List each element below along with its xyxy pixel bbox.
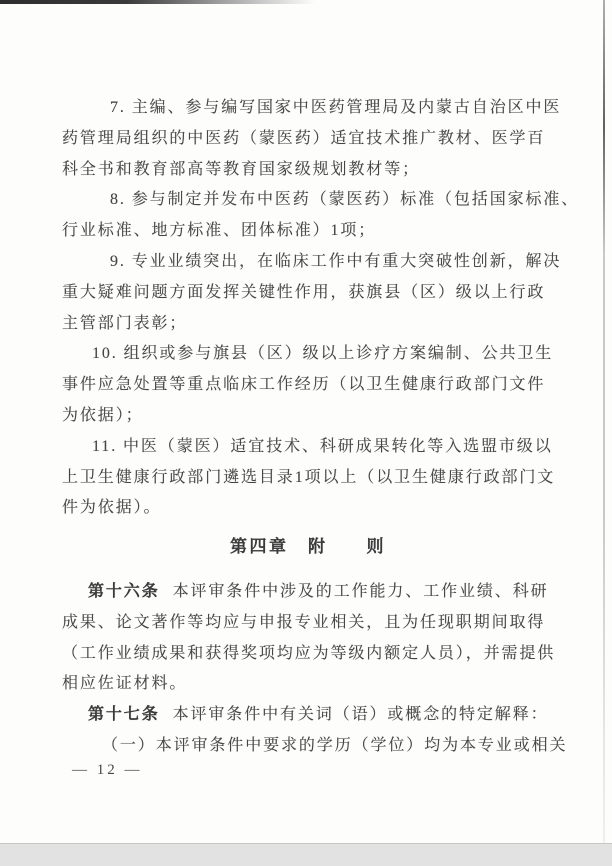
scan-artifact-right-edge-line — [603, 0, 605, 843]
clause-16-line-3: （工作业绩成果和获得奖项均应为等级内额定人员），并需提供 — [62, 639, 554, 670]
clause-17-label: 第十七条 — [88, 706, 160, 723]
para-7-line-3: 科全书和教育部高等教育国家级规划教材等； — [62, 155, 554, 186]
clause-16-line-2: 成果、论文著作等均应与申报专业相关，且为任现职期间取得 — [62, 608, 554, 639]
scanner-bed-strip — [0, 843, 612, 866]
para-10-line-1: 10. 组织或参与旗县（区）级以上诊疗方案编制、公共卫生 — [62, 339, 554, 370]
scanned-document-page: 7. 主编、参与编写国家中医药管理局及内蒙古自治区中医 药管理局组织的中医药（蒙… — [0, 0, 612, 866]
clause-16-label: 第十六条 — [88, 583, 160, 600]
para-10-line-2: 事件应急处置等重点临床工作经历（以卫生健康行政部门文件 — [62, 370, 554, 401]
para-11-line-3: 件为依据）。 — [62, 493, 554, 524]
para-11-line-1: 11. 中医（蒙医）适宜技术、科研成果转化等入选盟市级以 — [62, 432, 554, 463]
subitem-1-line-1: （一）本评审条件中要求的学历（学位）均为本专业或相关 — [62, 731, 554, 762]
page-number: — 12 — — [72, 762, 143, 779]
clause-16-text: 本评审条件中涉及的工作能力、工作业绩、科研 — [173, 583, 549, 600]
para-9-line-3: 主管部门表彰； — [62, 309, 554, 340]
para-7-line-1: 7. 主编、参与编写国家中医药管理局及内蒙古自治区中医 — [62, 93, 554, 124]
para-11-line-2: 上卫生健康行政部门遴选目录1项以上（以卫生健康行政部门文 — [62, 463, 554, 494]
clause-16-line-4: 相应佐证材料。 — [62, 669, 554, 700]
para-9-line-1: 9. 专业业绩突出，在临床工作中有重大突破性创新，解决 — [62, 247, 554, 278]
chapter-heading: 第四章 附 则 — [62, 532, 554, 563]
para-9-line-2: 重大疑难问题方面发挥关键性作用，获旗县（区）级以上行政 — [62, 278, 554, 309]
para-7-line-2: 药管理局组织的中医药（蒙医药）适宜技术推广教材、医学百 — [62, 124, 554, 155]
para-10-line-3: 为依据）； — [62, 401, 554, 432]
clause-17-text: 本评审条件中有关词（语）或概念的特定解释： — [173, 706, 549, 723]
para-8-line-2: 行业标准、地方标准、团体标准）1项； — [62, 216, 554, 247]
clause-17-line-1: 第十七条本评审条件中有关词（语）或概念的特定解释： — [62, 700, 554, 731]
document-body: 7. 主编、参与编写国家中医药管理局及内蒙古自治区中医 药管理局组织的中医药（蒙… — [62, 93, 554, 762]
clause-16-line-1: 第十六条本评审条件中涉及的工作能力、工作业绩、科研 — [62, 577, 554, 608]
para-8-line-1: 8. 参与制定并发布中医药（蒙医药）标准（包括国家标准、 — [62, 185, 554, 216]
scan-artifact-top-edge — [0, 0, 315, 4]
